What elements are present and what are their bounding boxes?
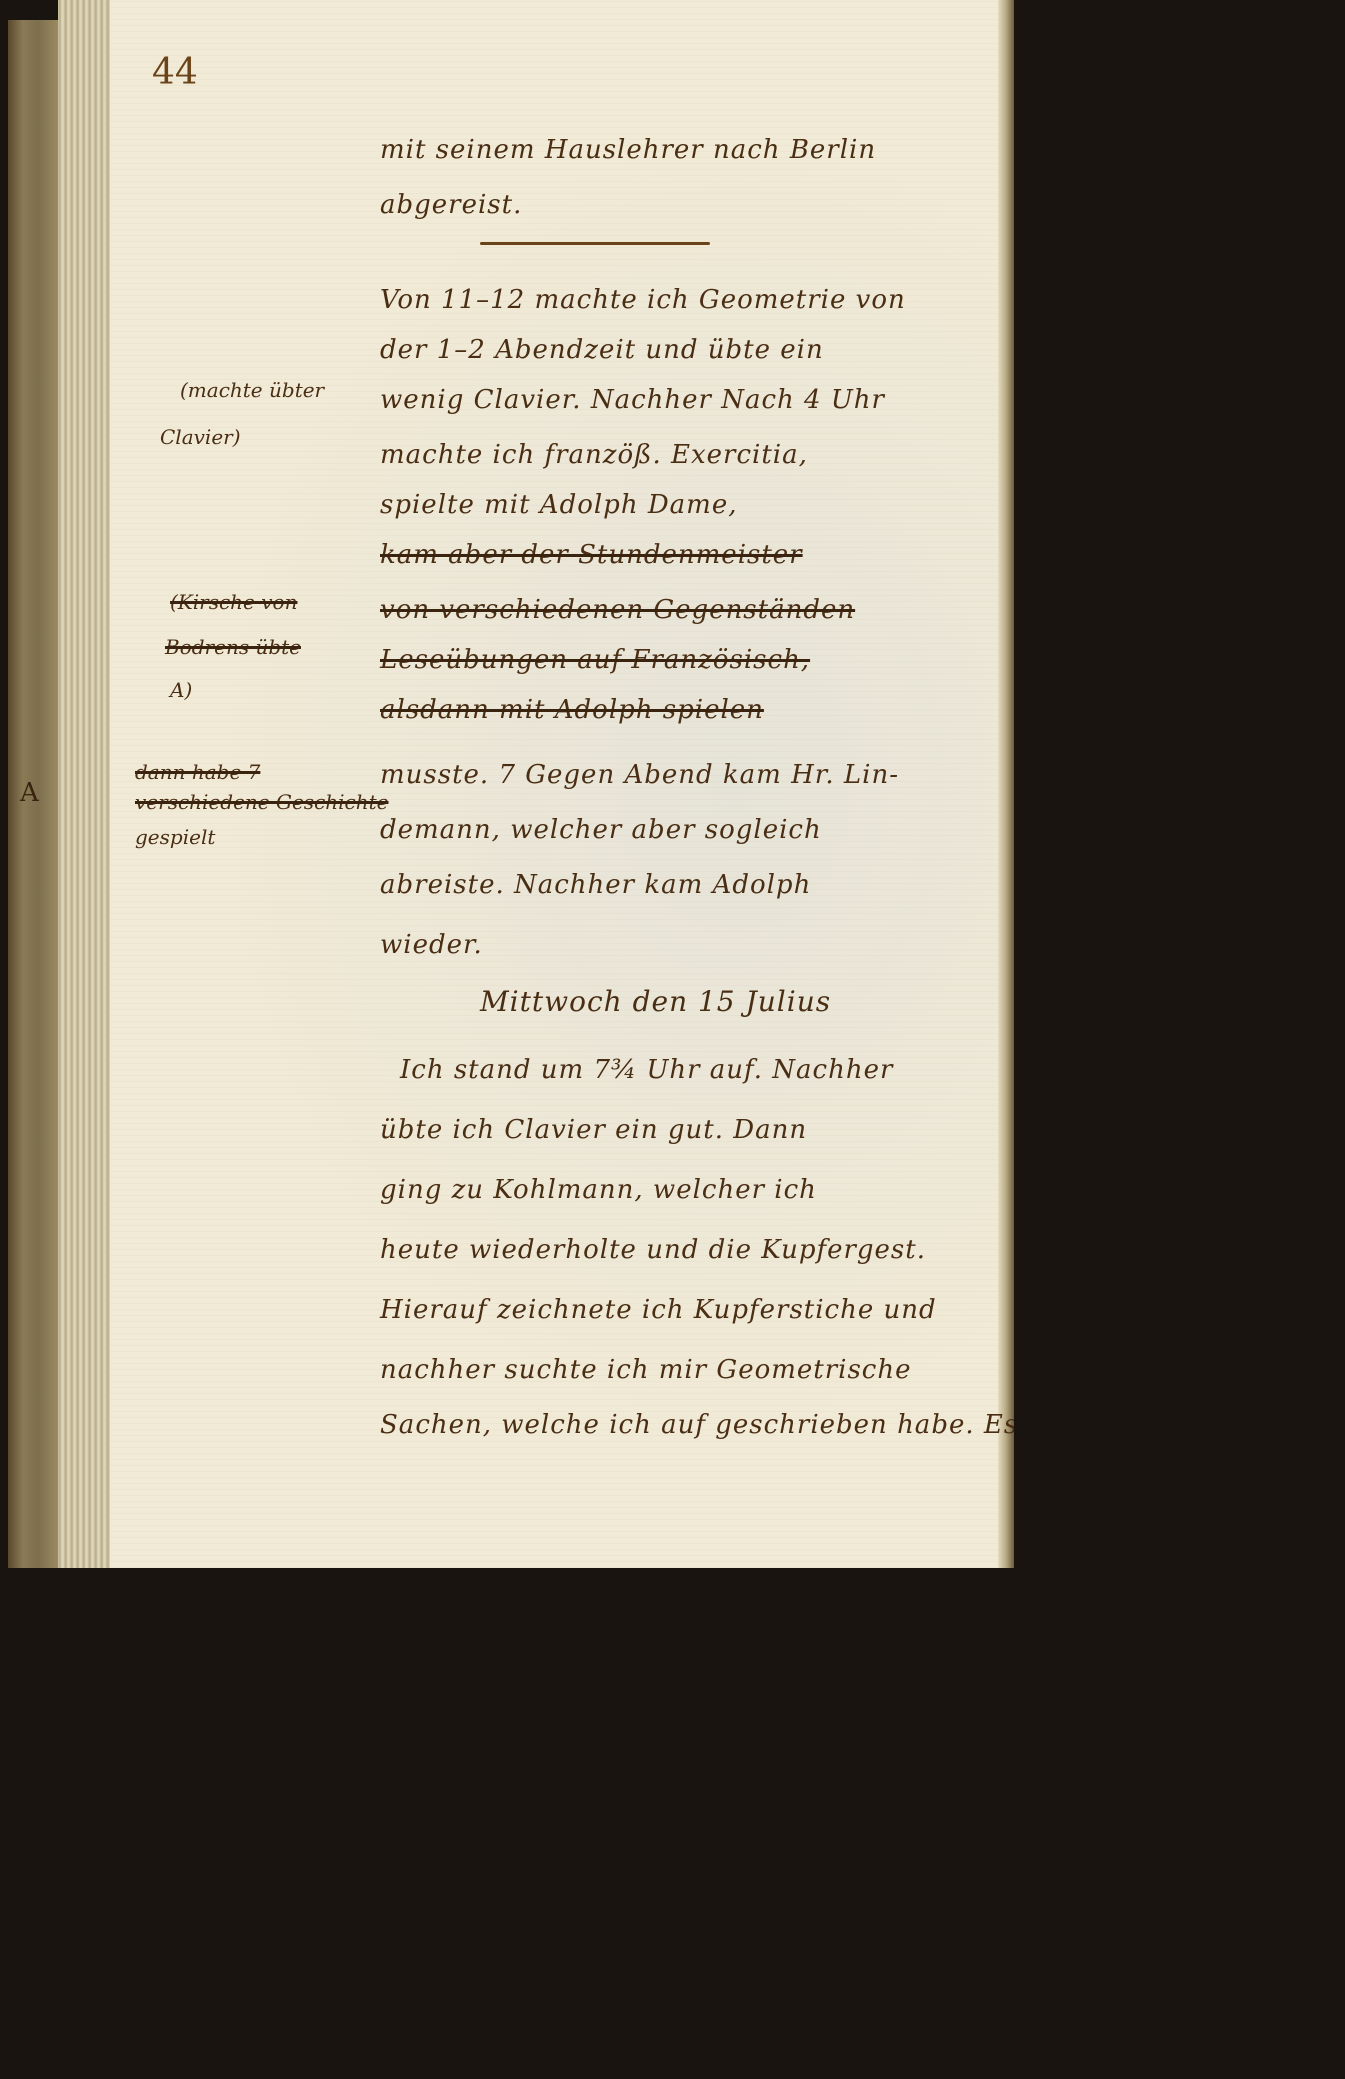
margin-note: Clavier): [160, 425, 241, 449]
struck-text-line: von verschiedenen Gegenständen: [380, 595, 855, 625]
struck-text-line: kam aber der Stundenmeister: [380, 540, 803, 570]
section-divider: [480, 242, 710, 245]
text-line: heute wiederholte und die Kupfergest.: [380, 1235, 926, 1265]
margin-note: (machte übter: [180, 378, 324, 402]
spine-mark: A: [20, 778, 39, 808]
page-edges: [58, 0, 118, 1568]
right-page-edge: [998, 0, 1014, 1568]
margin-note: A): [170, 678, 192, 702]
text-line: abgereist.: [380, 190, 522, 220]
struck-margin-note: verschiedene Geschichte: [135, 790, 389, 814]
text-line: nachher suchte ich mir Geometrische: [380, 1355, 912, 1385]
text-line: wieder.: [380, 930, 483, 960]
text-line: übte ich Clavier ein gut. Dann: [380, 1115, 807, 1145]
text-line: machte ich franzöß. Exercitia,: [380, 440, 808, 470]
text-line: Ich stand um 7¾ Uhr auf. Nachher: [400, 1055, 893, 1085]
text-line: abreiste. Nachher kam Adolph: [380, 870, 811, 900]
struck-margin-note: Bodrens übte: [165, 635, 301, 659]
text-line: ging zu Kohlmann, welcher ich: [380, 1175, 817, 1205]
struck-margin-note: (Kirsche von: [170, 590, 297, 614]
struck-margin-note: dann habe 7: [135, 760, 260, 784]
text-line: wenig Clavier. Nachher Nach 4 Uhr: [380, 385, 885, 415]
text-line: spielte mit Adolph Dame,: [380, 490, 737, 520]
text-line: musste. 7 Gegen Abend kam Hr. Lin-: [380, 760, 899, 790]
struck-text-line: Leseübungen auf Französisch,: [380, 645, 810, 675]
date-heading: Mittwoch den 15 Julius: [480, 985, 831, 1018]
text-line: Von 11–12 machte ich Geometrie von: [380, 285, 906, 315]
text-line: mit seinem Hauslehrer nach Berlin: [380, 135, 876, 165]
struck-text-line: alsdann mit Adolph spielen: [380, 695, 764, 725]
page-number: 44: [152, 52, 198, 93]
text-line: der 1–2 Abendzeit und übte ein: [380, 335, 824, 365]
text-line: demann, welcher aber sogleich: [380, 815, 822, 845]
text-line: Hierauf zeichnete ich Kupferstiche und: [380, 1295, 937, 1325]
margin-note: gespielt: [135, 825, 215, 849]
text-line: Sachen, welche ich auf geschrieben habe.…: [380, 1410, 1014, 1440]
